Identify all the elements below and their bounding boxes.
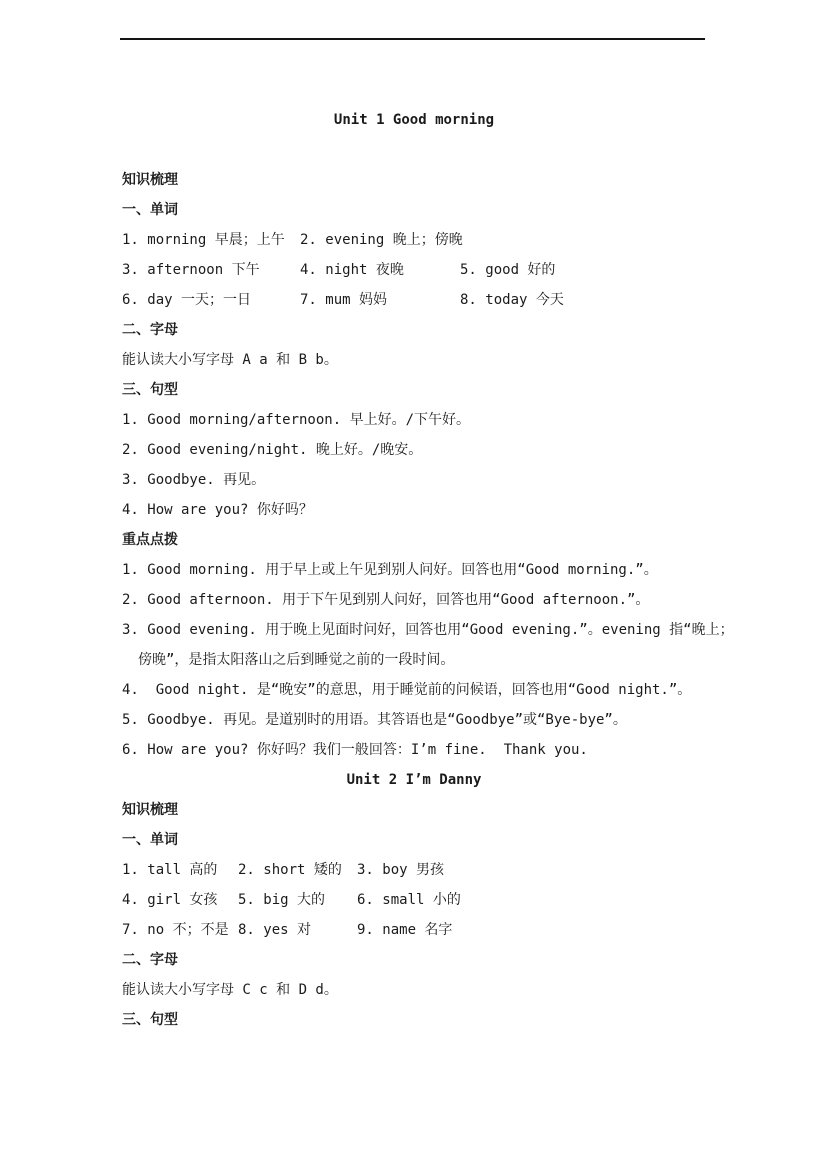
document-content: Unit 1 Good morning 知识梳理 一、单词 1. morning… (122, 105, 706, 1035)
word-item: 1. tall 高的 (122, 855, 217, 885)
unit1-words-heading: 一、单词 (122, 195, 706, 225)
document-page: Unit 1 Good morning 知识梳理 一、单词 1. morning… (0, 0, 826, 1169)
key-point-item: 5. Goodbye. 再见。是道别时的用语。其答语也是“Goodbye”或“B… (122, 705, 706, 735)
unit1-word-row: 6. day 一天；一日 7. mum 妈妈 8. today 今天 (122, 285, 706, 315)
unit1-patterns-heading: 三、句型 (122, 375, 706, 405)
unit2-letters-text: 能认读大小写字母 C c 和 D d。 (122, 975, 706, 1005)
word-item: 8. yes 对 (238, 915, 311, 945)
unit1-letters-heading: 二、字母 (122, 315, 706, 345)
pattern-item: 1. Good morning/afternoon. 早上好。/下午好。 (122, 405, 706, 435)
word-item: 8. today 今天 (460, 285, 564, 315)
unit1-knowledge-heading: 知识梳理 (122, 165, 706, 195)
unit2-word-row: 4. girl 女孩 5. big 大的 6. small 小的 (122, 885, 706, 915)
key-point-item: 1. Good morning. 用于早上或上午见到别人问好。回答也用“Good… (122, 555, 706, 585)
unit2-knowledge-heading: 知识梳理 (122, 795, 706, 825)
word-item: 1. morning 早晨；上午 (122, 225, 285, 255)
unit1-letters-text: 能认读大小写字母 A a 和 B b。 (122, 345, 706, 375)
word-item: 4. night 夜晚 (300, 255, 404, 285)
key-point-item: 4. Good night. 是“晚安”的意思，用于睡觉前的问候语，回答也用“G… (122, 675, 706, 705)
word-item: 7. no 不；不是 (122, 915, 229, 945)
key-point-item: 3. Good evening. 用于晚上见面时问好，回答也用“Good eve… (122, 615, 706, 645)
unit2-patterns-heading: 三、句型 (122, 1005, 706, 1035)
key-point-continuation: 傍晚”，是指太阳落山之后到睡觉之前的一段时间。 (122, 645, 706, 675)
word-item: 4. girl 女孩 (122, 885, 217, 915)
unit1-word-row: 1. morning 早晨；上午 2. evening 晚上；傍晚 (122, 225, 706, 255)
word-item: 3. boy 男孩 (357, 855, 444, 885)
unit1-title: Unit 1 Good morning (122, 105, 706, 135)
word-item: 5. good 好的 (460, 255, 555, 285)
unit1-key-points-heading: 重点点拨 (122, 525, 706, 555)
word-item: 6. day 一天；一日 (122, 285, 251, 315)
word-item: 5. big 大的 (238, 885, 325, 915)
word-item: 9. name 名字 (357, 915, 452, 945)
header-rule-line (120, 38, 705, 40)
key-point-item: 2. Good afternoon. 用于下午见到别人问好，回答也用“Good … (122, 585, 706, 615)
word-item: 6. small 小的 (357, 885, 461, 915)
unit2-word-row: 1. tall 高的 2. short 矮的 3. boy 男孩 (122, 855, 706, 885)
unit2-words-heading: 一、单词 (122, 825, 706, 855)
word-item: 7. mum 妈妈 (300, 285, 387, 315)
word-item: 3. afternoon 下午 (122, 255, 260, 285)
word-item: 2. short 矮的 (238, 855, 342, 885)
blank-line (122, 135, 706, 165)
unit2-word-row: 7. no 不；不是 8. yes 对 9. name 名字 (122, 915, 706, 945)
pattern-item: 2. Good evening/night. 晚上好。/晚安。 (122, 435, 706, 465)
unit2-title: Unit 2 I’m Danny (122, 765, 706, 795)
pattern-item: 4. How are you? 你好吗？ (122, 495, 706, 525)
unit1-word-row: 3. afternoon 下午 4. night 夜晚 5. good 好的 (122, 255, 706, 285)
unit2-letters-heading: 二、字母 (122, 945, 706, 975)
key-point-item: 6. How are you? 你好吗？我们一般回答：I’m fine. Tha… (122, 735, 706, 765)
word-item: 2. evening 晚上；傍晚 (300, 225, 463, 255)
pattern-item: 3. Goodbye. 再见。 (122, 465, 706, 495)
